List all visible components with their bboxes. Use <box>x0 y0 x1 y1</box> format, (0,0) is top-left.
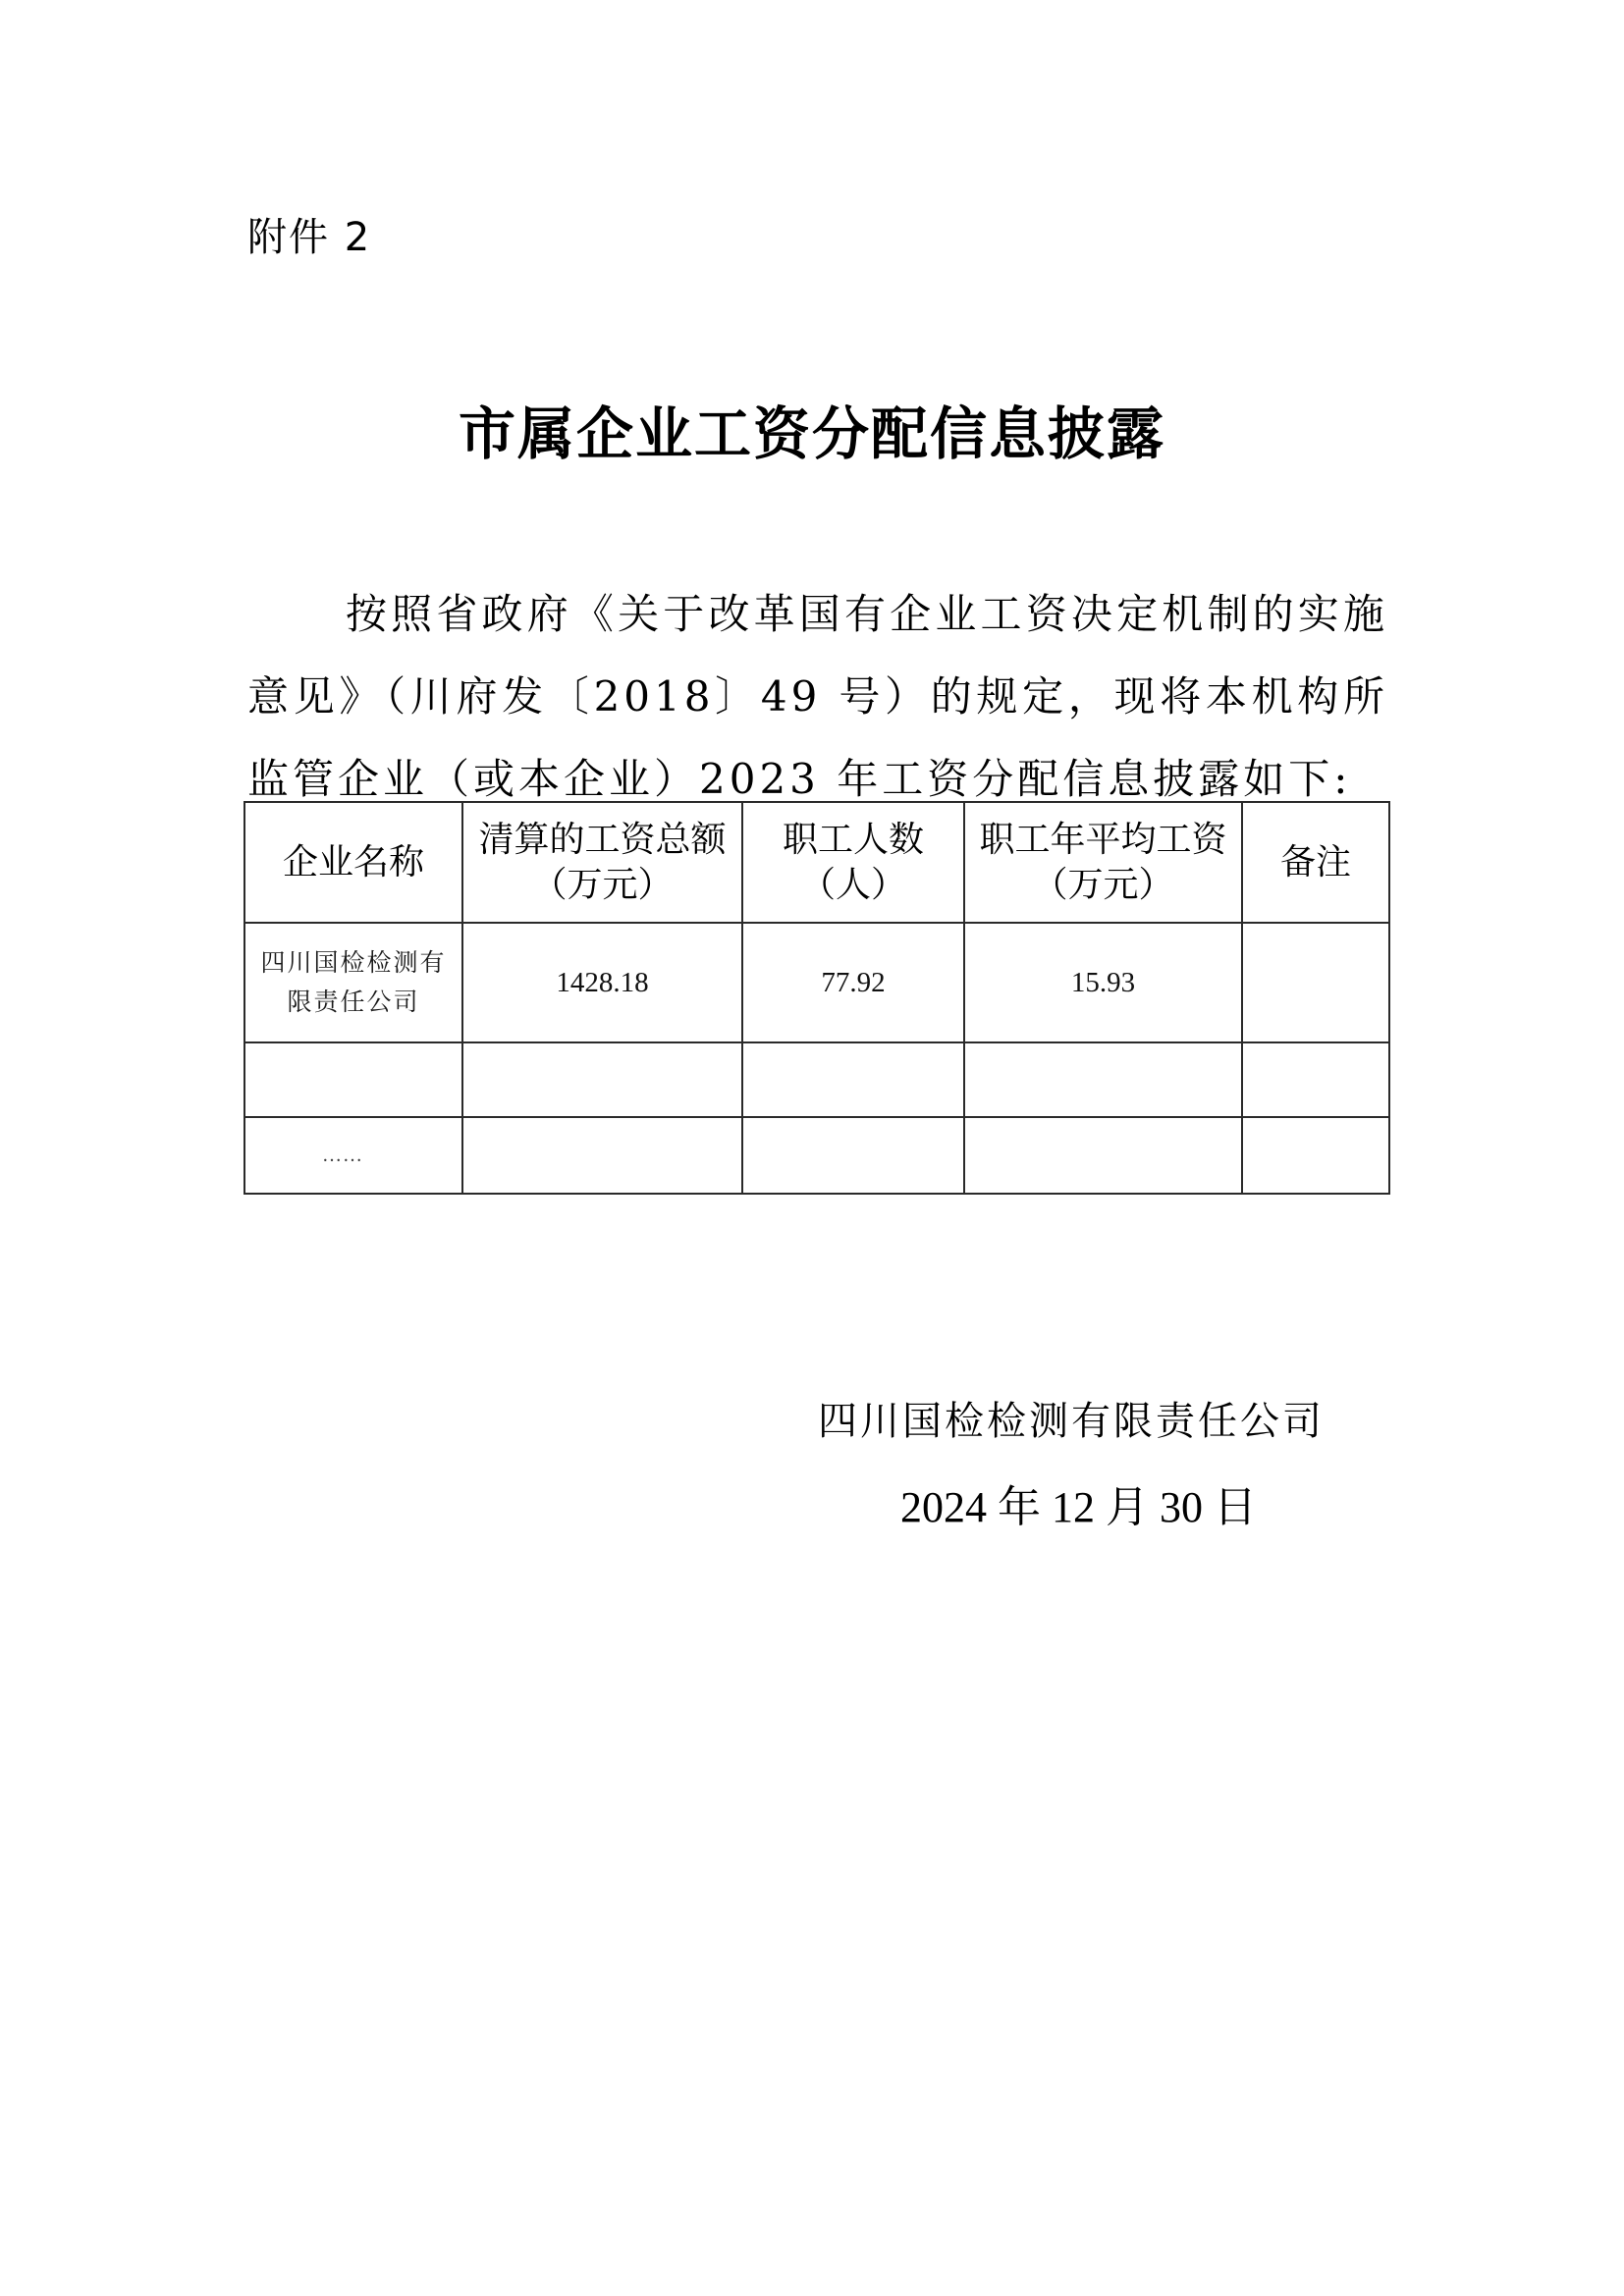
document-title: 市属企业工资分配信息披露 <box>0 397 1624 471</box>
cell-total-wages <box>462 1117 742 1194</box>
table-row: …… <box>244 1117 1389 1194</box>
attachment-label: 附件 2 <box>247 210 371 265</box>
cell-total-wages <box>462 1042 742 1117</box>
table-header-row: 企业名称 清算的工资总额 （万元） 职工人数 （人） 职工年平均工资 （万元） … <box>244 802 1389 923</box>
header-company-name: 企业名称 <box>244 802 462 923</box>
intro-paragraph: 按照省政府《关于改革国有企业工资决定机制的实施意见》（川府发〔2018〕49 号… <box>247 573 1388 821</box>
wage-disclosure-table: 企业名称 清算的工资总额 （万元） 职工人数 （人） 职工年平均工资 （万元） … <box>244 801 1390 1195</box>
table-row <box>244 1042 1389 1117</box>
header-label: 职工人数 <box>743 818 963 863</box>
cell-employee-count <box>742 1042 964 1117</box>
cell-remarks <box>1242 1117 1389 1194</box>
cell-ellipsis: …… <box>244 1117 462 1194</box>
cell-company-name: 四川国检检测有 限责任公司 <box>244 923 462 1042</box>
cell-employee-count: 77.92 <box>742 923 964 1042</box>
cell-avg-annual-wage <box>964 1117 1242 1194</box>
header-label: 清算的工资总额 <box>463 818 741 863</box>
header-label: 备注 <box>1243 840 1388 885</box>
header-remarks: 备注 <box>1242 802 1389 923</box>
table-row: 四川国检检测有 限责任公司 1428.18 77.92 15.93 <box>244 923 1389 1042</box>
company-name-line2: 限责任公司 <box>245 983 461 1022</box>
company-name-line1: 四川国检检测有 <box>245 943 461 983</box>
header-unit: （万元） <box>965 863 1241 908</box>
cell-company-name <box>244 1042 462 1117</box>
cell-employee-count <box>742 1117 964 1194</box>
header-unit: （人） <box>743 863 963 908</box>
header-label: 企业名称 <box>245 840 461 885</box>
cell-avg-annual-wage: 15.93 <box>964 923 1242 1042</box>
cell-avg-annual-wage <box>964 1042 1242 1117</box>
header-unit: （万元） <box>463 863 741 908</box>
header-label: 职工年平均工资 <box>965 818 1241 863</box>
cell-remarks <box>1242 1042 1389 1117</box>
header-employee-count: 职工人数 （人） <box>742 802 964 923</box>
cell-remarks <box>1242 923 1389 1042</box>
header-total-wages: 清算的工资总额 （万元） <box>462 802 742 923</box>
cell-total-wages: 1428.18 <box>462 923 742 1042</box>
header-avg-annual-wage: 职工年平均工资 （万元） <box>964 802 1242 923</box>
signature-date: 2024 年 12 月 30 日 <box>900 1480 1257 1535</box>
signature-company: 四川国检检测有限责任公司 <box>818 1394 1325 1449</box>
